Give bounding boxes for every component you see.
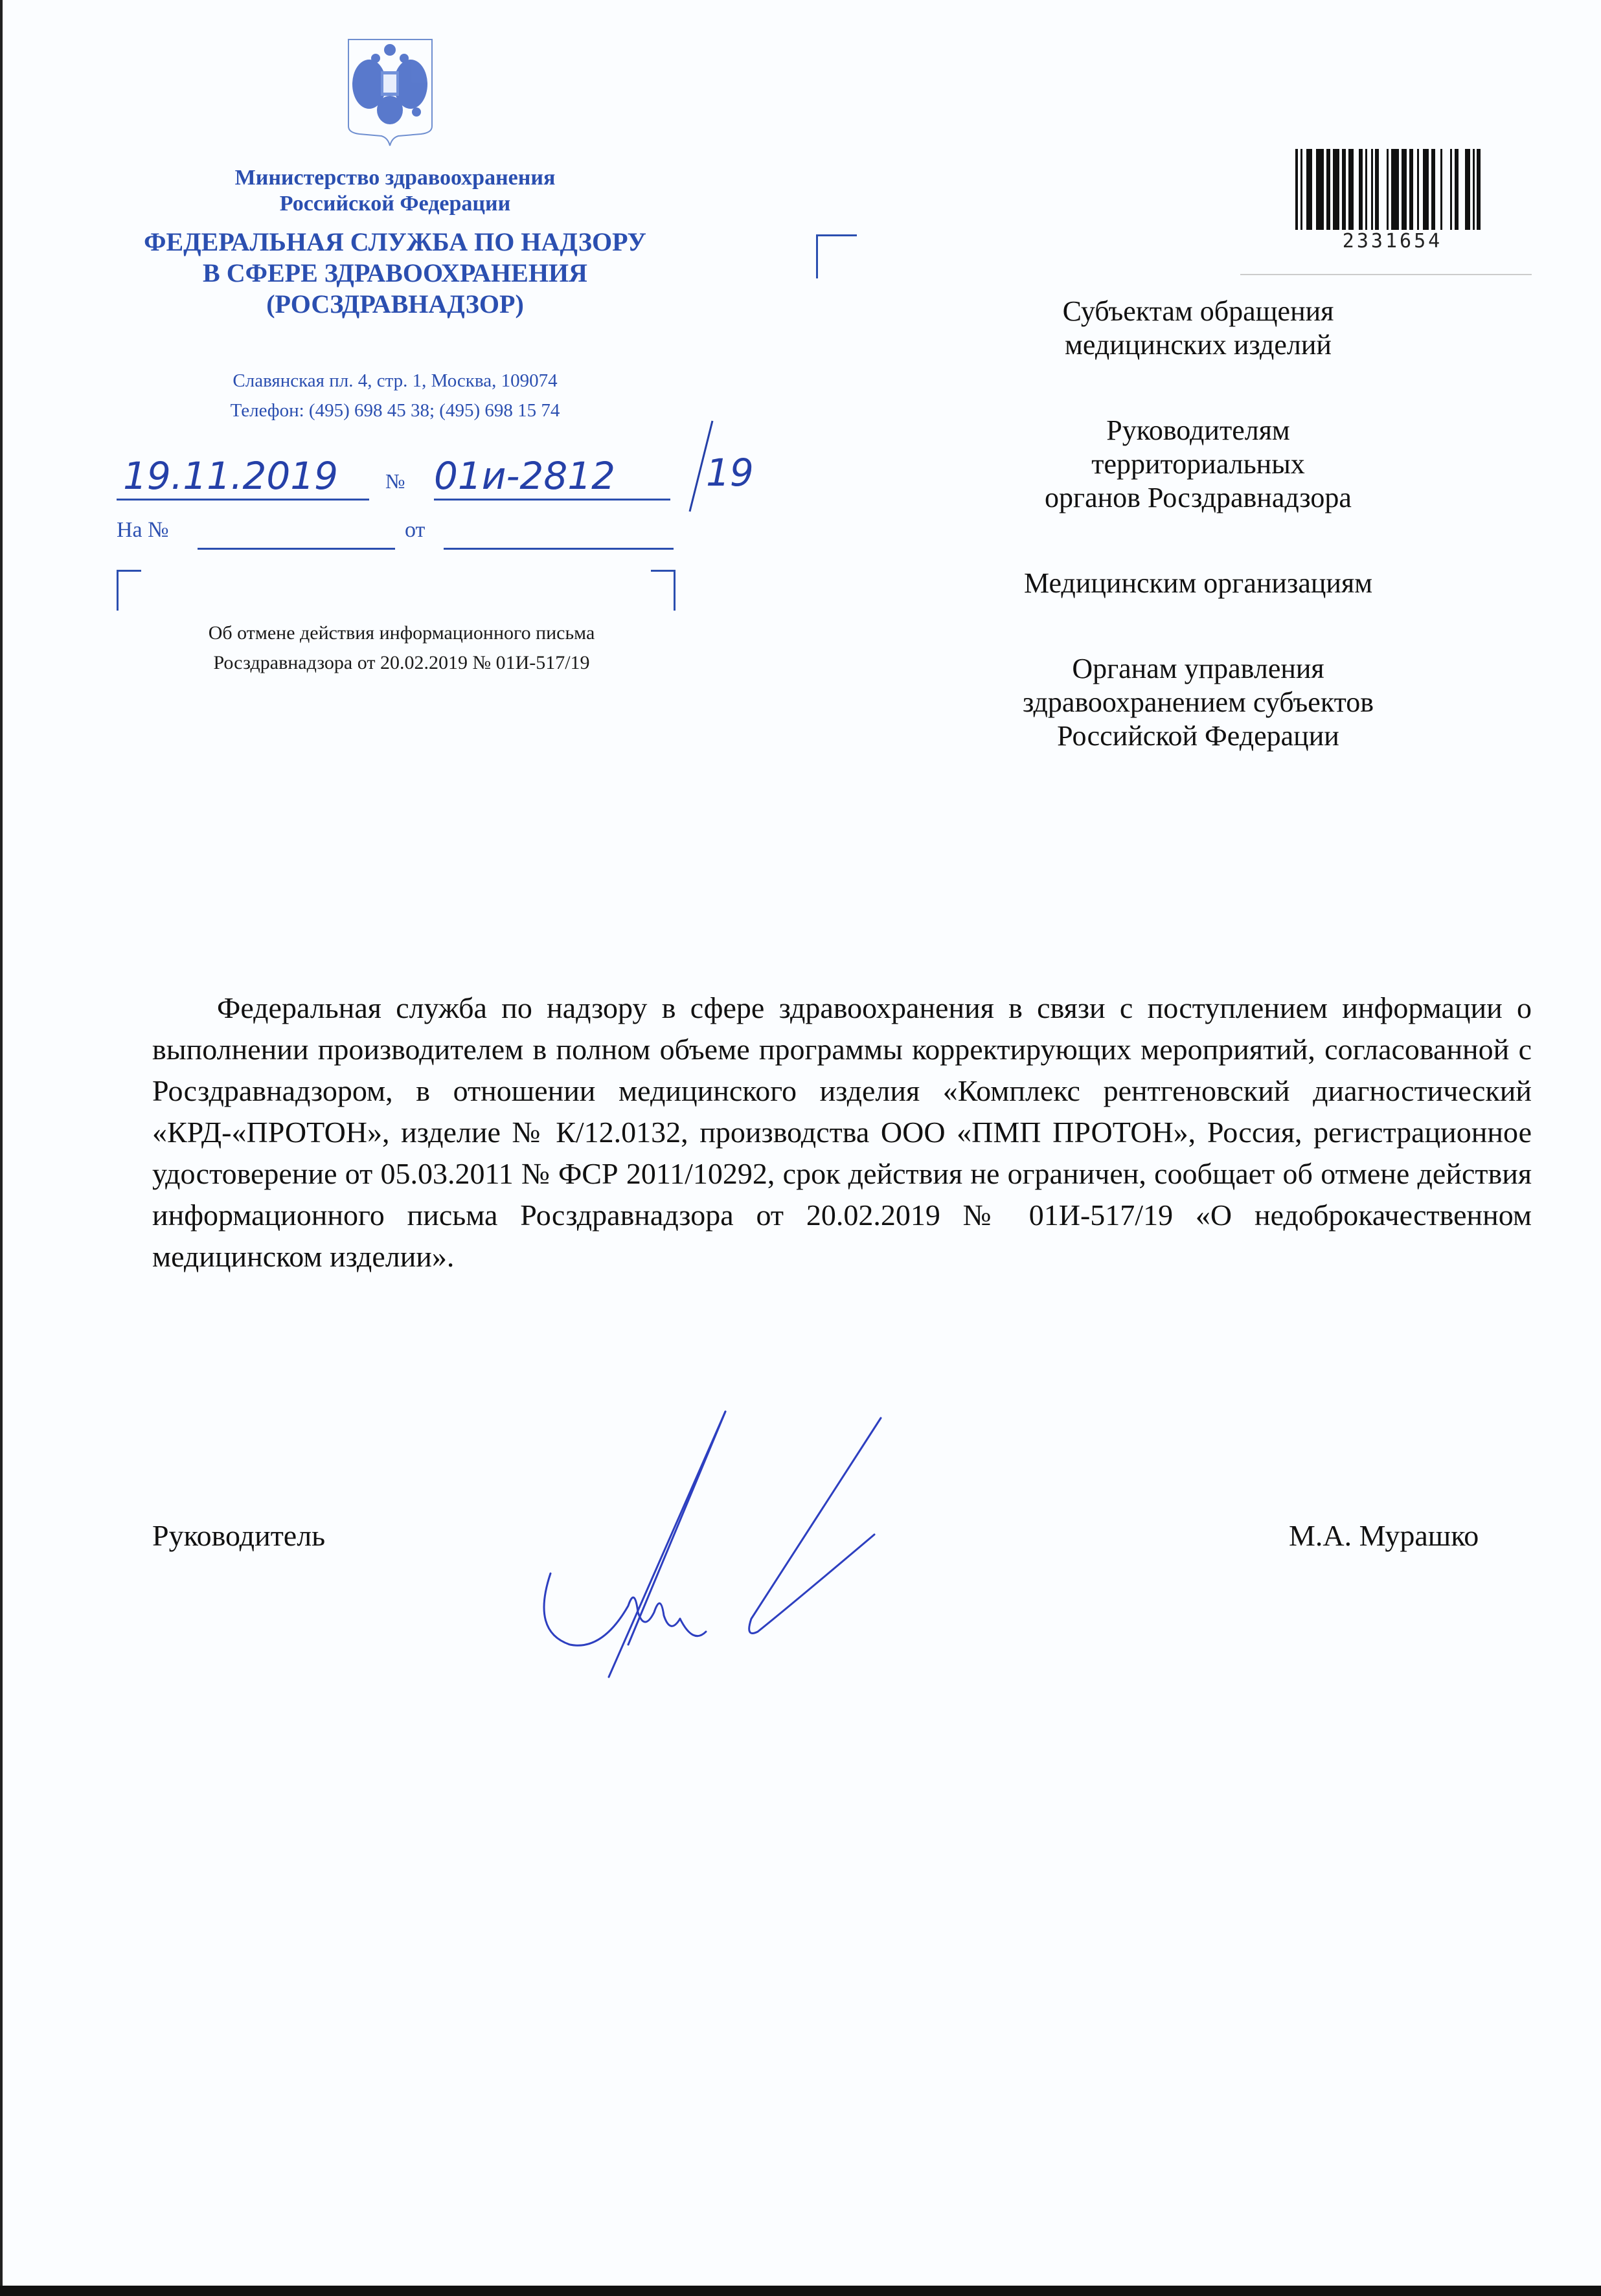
addressee-line: здравоохранением субъектов	[920, 686, 1477, 719]
barcode	[1295, 149, 1490, 230]
subject-bracket-left	[117, 570, 141, 611]
scan-edge	[0, 0, 3, 2296]
reply-date-label: от	[405, 518, 425, 543]
addressee-line: Органам управления	[920, 652, 1477, 686]
coat-of-arms-icon	[343, 36, 437, 149]
signatory-name: М.А. Мурашко	[1289, 1518, 1479, 1553]
addressee-line: Российской Федерации	[920, 719, 1477, 753]
divider	[1240, 274, 1532, 275]
number-label: №	[385, 469, 405, 493]
signatory-role: Руководитель	[152, 1518, 325, 1553]
subject-bracket-right	[651, 570, 676, 611]
letter-subject: Об отмене действия информационного письм…	[123, 618, 680, 678]
addressee-line: территориальных	[920, 447, 1477, 481]
date-field: 19.11.2019	[117, 453, 369, 501]
addressee-list: Субъектам обращения медицинских изделий …	[920, 295, 1477, 805]
ministry-line-1: Министерство здравоохранения	[110, 165, 680, 191]
handwritten-date: 19.11.2019	[117, 454, 338, 498]
addressee-line: медицинских изделий	[920, 328, 1477, 362]
reply-number-label: На №	[117, 518, 169, 543]
service-line-1: ФЕДЕРАЛЬНАЯ СЛУЖБА ПО НАДЗОРУ	[97, 227, 693, 258]
subject-line-2: Росздравнадзора от 20.02.2019 № 01И-517/…	[123, 648, 680, 678]
reply-date-field	[444, 522, 674, 550]
ministry-line-2: Российской Федерации	[110, 191, 680, 217]
addressee-1: Субъектам обращения медицинских изделий	[920, 295, 1477, 362]
handwritten-number-suffix: 19	[706, 450, 754, 495]
handwritten-number: 01и-2812	[434, 454, 615, 498]
reply-number-field	[198, 522, 395, 550]
barcode-number: 2331654	[1295, 230, 1490, 253]
address: Славянская пл. 4, стр. 1, Москва, 109074	[110, 366, 680, 396]
scan-edge-bottom	[0, 2286, 1601, 2296]
service-line-2: В СФЕРЕ ЗДРАВООХРАНЕНИЯ	[97, 258, 693, 289]
addressee-2: Руководителям территориальных органов Ро…	[920, 414, 1477, 515]
phone: Телефон: (495) 698 45 38; (495) 698 15 7…	[110, 396, 680, 425]
addressee-line: Медицинским организациям	[920, 567, 1477, 600]
letter-body: Федеральная служба по надзору в сфере зд…	[152, 987, 1532, 1277]
number-field: 01и-2812	[434, 453, 670, 501]
handwritten-signature-icon	[531, 1399, 1049, 1690]
ministry-name: Министерство здравоохранения Российской …	[110, 165, 680, 217]
addressee-line: органов Росздравнадзора	[920, 481, 1477, 515]
service-name: ФЕДЕРАЛЬНАЯ СЛУЖБА ПО НАДЗОРУ В СФЕРЕ ЗД…	[97, 227, 693, 320]
subject-line-1: Об отмене действия информационного письм…	[123, 618, 680, 648]
addressee-bracket	[816, 234, 857, 278]
addressee-line: Субъектам обращения	[920, 295, 1477, 328]
number-suffix: 19	[680, 414, 764, 518]
contact-block: Славянская пл. 4, стр. 1, Москва, 109074…	[110, 366, 680, 425]
addressee-4: Органам управления здравоохранением субъ…	[920, 652, 1477, 753]
addressee-line: Руководителям	[920, 414, 1477, 447]
addressee-3: Медицинским организациям	[920, 567, 1477, 600]
service-line-3: (РОСЗДРАВНАДЗОР)	[97, 289, 693, 320]
